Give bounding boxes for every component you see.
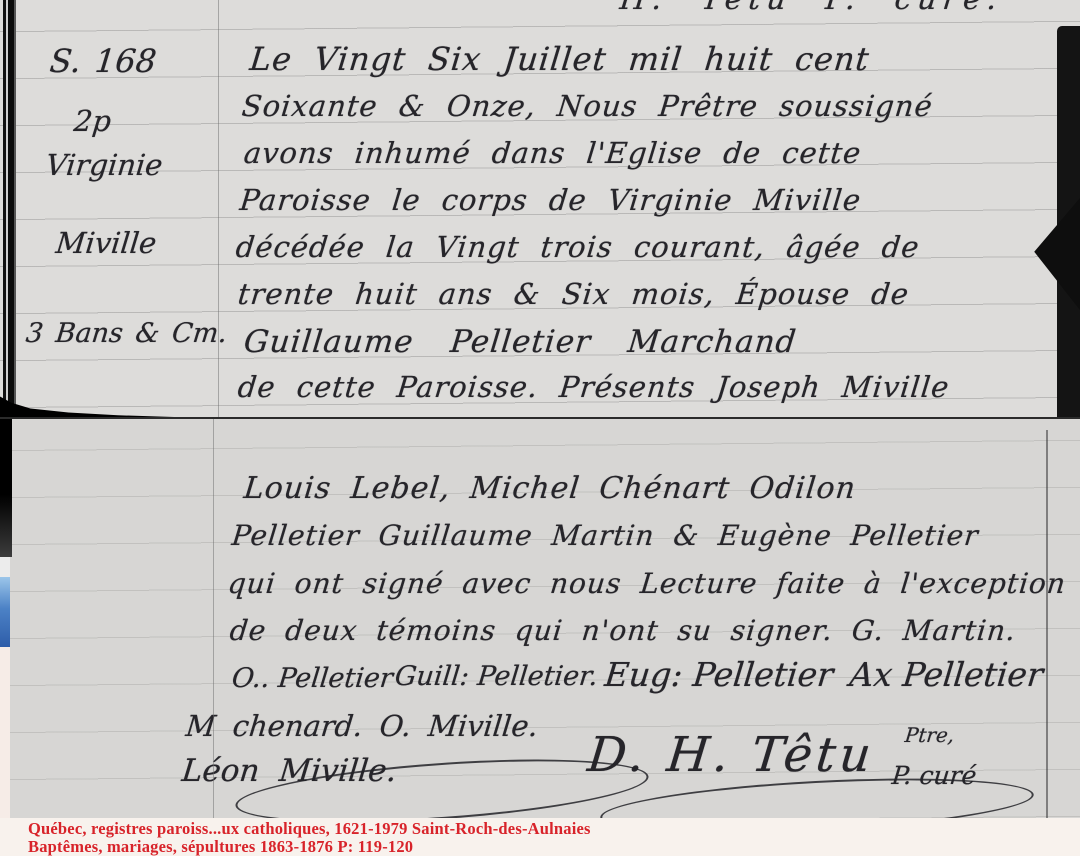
deceased-last-name: Miville [54, 226, 158, 260]
record-number: S. 168 [48, 42, 158, 80]
book-binding-edge-left [3, 0, 16, 419]
left-edge-margin-strip [0, 647, 10, 818]
previous-act-fragment: H. Têtu P. curé. [618, 0, 1004, 17]
signature-ax-pelletier: Ax Pelletier [848, 655, 1045, 694]
left-edge-artifact-white [0, 557, 10, 577]
act-line: Guillaume Pelletier Marchand [242, 324, 798, 360]
photo-border-left-dark [0, 419, 12, 557]
act-line: décédée la Vingt trois courant, âgée de [234, 230, 921, 264]
bans-note: 3 Bans & Cm. [24, 318, 228, 349]
act-line: Le Vingt Six Juillet mil huit cent [248, 40, 872, 78]
act-line: qui ont signé avec nous Lecture faite à … [226, 567, 1068, 600]
act-line: Louis Lebel, Michel Chénart Odilon [242, 471, 858, 506]
act-line: de deux témoins qui n'ont su signer. G. … [228, 614, 1017, 647]
scan-page-top: H. Têtu P. curé. S. 168 2p Virginie Mivi… [0, 0, 1080, 419]
signature-chenard-miville: M chenard. O. Miville. [184, 709, 539, 743]
citation-line-1: Québec, registres paroiss...ux catholiqu… [28, 819, 591, 839]
left-edge-artifact-blue [0, 577, 10, 647]
act-line: avons inhumé dans l'Eglise de cette [242, 136, 863, 170]
act-line: de cette Paroisse. Présents Joseph Mivil… [236, 370, 951, 404]
page-edge-line-right [1046, 430, 1048, 818]
deceased-first-name: Virginie [44, 148, 164, 182]
signature-o-pelletier: O.. Pelletier [230, 663, 394, 694]
citation-line-2: Baptêmes, mariages, sépultures 1863-1876… [28, 837, 413, 856]
signature-priest-title-sup: Ptre, [904, 723, 956, 747]
signature-eug-pelletier: Eug: Pelletier [603, 655, 835, 694]
act-line: trente huit ans & Six mois, Épouse de [236, 277, 911, 311]
record-note: 2p [72, 104, 113, 138]
act-line: Paroisse le corps de Virginie Miville [238, 183, 863, 217]
act-line: Pelletier Guillaume Martin & Eugène Pell… [230, 519, 980, 552]
citation-bar: Québec, registres paroiss...ux catholiqu… [0, 818, 1080, 856]
signature-guill-pelletier: Guill: Pelletier. [393, 661, 599, 692]
record-scan-viewer: H. Têtu P. curé. S. 168 2p Virginie Mivi… [0, 0, 1080, 856]
scan-page-bottom: Louis Lebel, Michel Chénart Odilon Pelle… [0, 419, 1080, 818]
act-line: Soixante & Onze, Nous Prêtre soussigné [240, 89, 934, 123]
margin-rule-line-top [218, 0, 219, 419]
margin-rule-line-bottom [213, 419, 214, 818]
